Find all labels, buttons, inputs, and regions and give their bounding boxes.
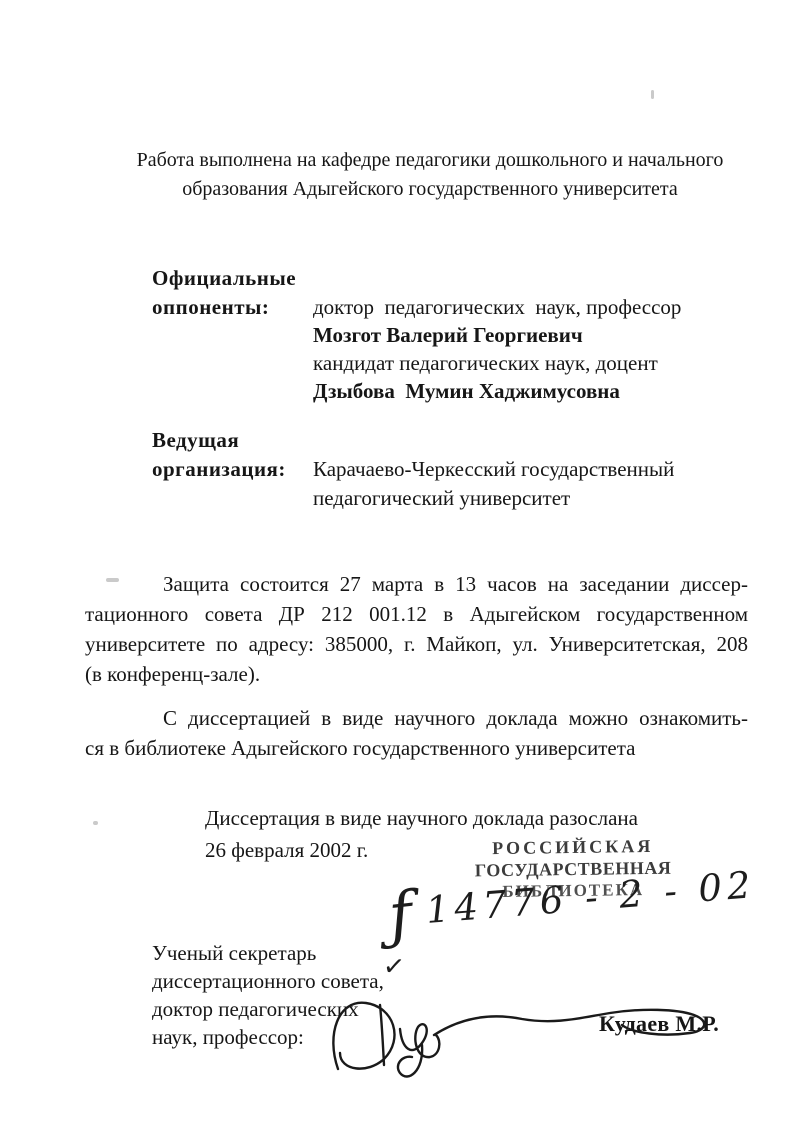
opponents-label-line-1: Официальные (152, 264, 296, 293)
defense-line-4: (в конференц-зале). (85, 659, 748, 689)
affiliation-paragraph: Работа выполнена на кафедре педагогики д… (100, 146, 760, 204)
affiliation-line-2: образования Адыгейского государственного… (100, 175, 760, 204)
scan-speck (651, 90, 654, 99)
scanned-document-page: Работа выполнена на кафедре педагогики д… (0, 0, 798, 1132)
accession-prefix-glyph: ƒ (386, 883, 415, 947)
opponent-2-name: Дзыбова Мумин Хаджимусовна (313, 377, 681, 405)
library-access-paragraph: С диссертацией в виде научного доклада м… (85, 703, 748, 763)
opponents-label: Официальные оппоненты: (152, 264, 296, 322)
defense-paragraph: Защита состоится 27 марта в 13 часов на … (85, 569, 748, 689)
opponent-1-degree: доктор педагогических наук, профессор (313, 293, 681, 321)
mailed-line-1: Диссертация в виде научного доклада разо… (205, 802, 638, 834)
opponent-2-degree: кандидат педагогических наук, доцент (313, 349, 681, 377)
opponent-1-name: Мозгот Валерий Георгиевич (313, 321, 681, 349)
opponents-label-line-2: оппоненты: (152, 293, 296, 322)
secretary-line-1: Ученый секретарь (152, 939, 384, 967)
opponents-entries: доктор педагогических наук, профессор Мо… (313, 293, 681, 405)
defense-line-3: университете по адресу: 385000, г. Майко… (85, 629, 748, 659)
defense-line-1: Защита состоится 27 марта в 13 часов на … (85, 569, 748, 599)
leading-org-value-line-1: Карачаево-Черкесский государственный (313, 455, 674, 484)
leading-org-value-line-2: педагогический университет (313, 484, 674, 513)
affiliation-line-1: Работа выполнена на кафедре педагогики д… (100, 146, 760, 175)
leading-org-label: Ведущая организация: (152, 426, 286, 484)
leading-org-value: Карачаево-Черкесский государственный пед… (313, 455, 674, 513)
leading-org-label-line-1: Ведущая (152, 426, 286, 455)
scan-speck (106, 578, 119, 582)
signature-scribble (322, 973, 742, 1085)
defense-line-2: тационного совета ДР 212 001.12 в Адыгей… (85, 599, 748, 629)
leading-org-label-line-2: организация: (152, 455, 286, 484)
scan-speck (93, 821, 98, 825)
library-access-line-2: ся в библиотеке Адыгейского государствен… (85, 733, 748, 763)
library-access-line-1: С диссертацией в виде научного доклада м… (85, 703, 748, 733)
